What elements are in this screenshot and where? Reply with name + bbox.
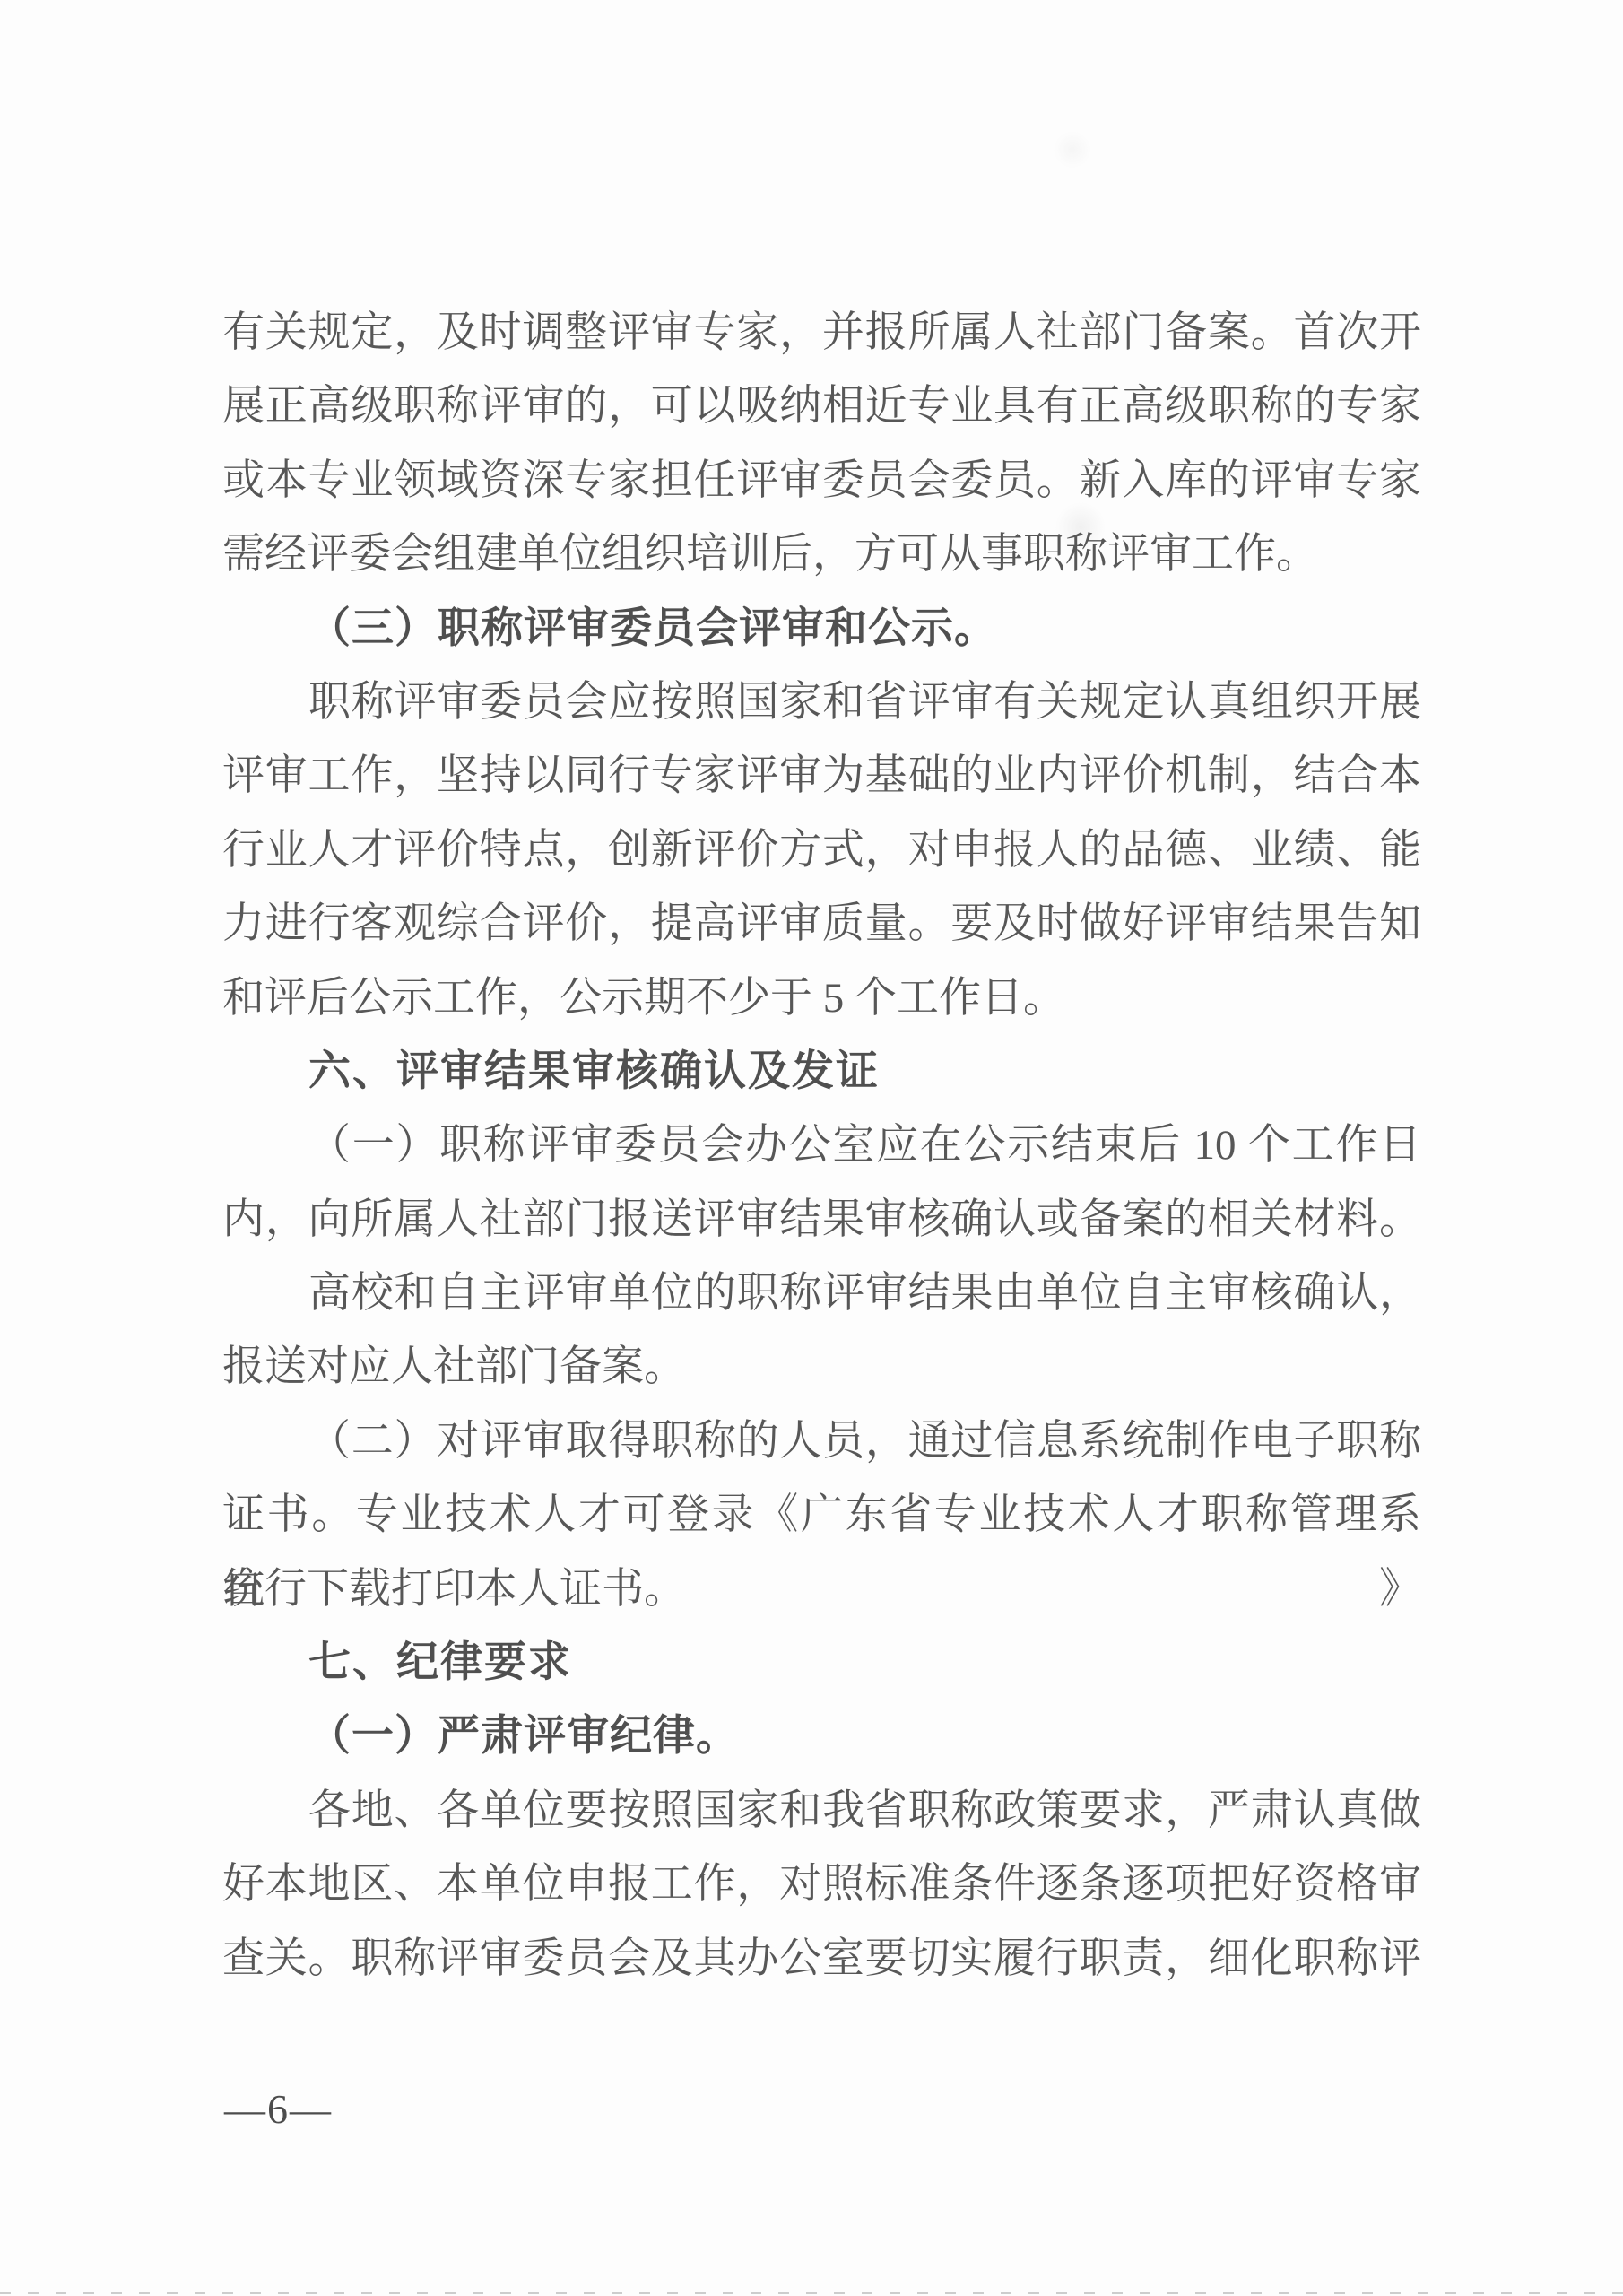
subsection-heading: （三）职称评审委员会评审和公示。 bbox=[222, 592, 1421, 665]
text-line: 需经评委会组建单位组织培训后，方可从事职称评审工作。 bbox=[222, 517, 1421, 591]
text-line: （二）对评审取得职称的人员，通过信息系统制作电子职称 bbox=[222, 1405, 1421, 1478]
section-heading: 六、评审结果审核确认及发证 bbox=[222, 1035, 1421, 1109]
text-line: 力进行客观综合评价，提高评审质量。要及时做好评审结果告知 bbox=[222, 887, 1421, 961]
text-line: 查关。职称评审委员会及其办公室要切实履行职责，细化职称评 bbox=[222, 1922, 1421, 1996]
text-line: 内，向所属人社部门报送评审结果审核确认或备案的相关材料。 bbox=[222, 1183, 1421, 1257]
scan-edge-artifact bbox=[0, 2292, 1623, 2294]
text-line: 高校和自主评审单位的职称评审结果由单位自主审核确认， bbox=[222, 1257, 1421, 1330]
text-line: 报送对应人社部门备案。 bbox=[222, 1330, 1421, 1404]
page-number: —6— bbox=[224, 2083, 333, 2136]
subsection-heading: （一）严肃评审纪律。 bbox=[222, 1700, 1421, 1773]
document-page: 有关规定，及时调整评审专家，并报所属人社部门备案。首次开 展正高级职称评审的，可… bbox=[0, 0, 1623, 2296]
text-line: 证书。专业技术人才可登录《广东省专业技术人才职称管理系统》 bbox=[222, 1478, 1421, 1552]
section-heading: 七、纪律要求 bbox=[222, 1626, 1421, 1700]
document-text-block: 有关规定，及时调整评审专家，并报所属人社部门备案。首次开 展正高级职称评审的，可… bbox=[222, 296, 1421, 1996]
text-line: 有关规定，及时调整评审专家，并报所属人社部门备案。首次开 bbox=[222, 296, 1421, 370]
text-line: 职称评审委员会应按照国家和省评审有关规定认真组织开展 bbox=[222, 665, 1421, 739]
text-line: 和评后公示工作，公示期不少于 5 个工作日。 bbox=[222, 961, 1421, 1035]
text-line: 各地、各单位要按照国家和我省职称政策要求，严肃认真做 bbox=[222, 1774, 1421, 1848]
text-line: 好本地区、本单位申报工作，对照标准条件逐条逐项把好资格审 bbox=[222, 1848, 1421, 1921]
text-line: （一）职称评审委员会办公室应在公示结束后 10 个工作日 bbox=[222, 1109, 1421, 1182]
text-line: 或本专业领域资深专家担任评审委员会委员。新入库的评审专家 bbox=[222, 444, 1421, 517]
text-line: 评审工作，坚持以同行专家评审为基础的业内评价机制，结合本 bbox=[222, 739, 1421, 813]
text-line: 行业人才评价特点，创新评价方式，对申报人的品德、业绩、能 bbox=[222, 813, 1421, 887]
text-line: 展正高级职称评审的，可以吸纳相近专业具有正高级职称的专家 bbox=[222, 370, 1421, 443]
